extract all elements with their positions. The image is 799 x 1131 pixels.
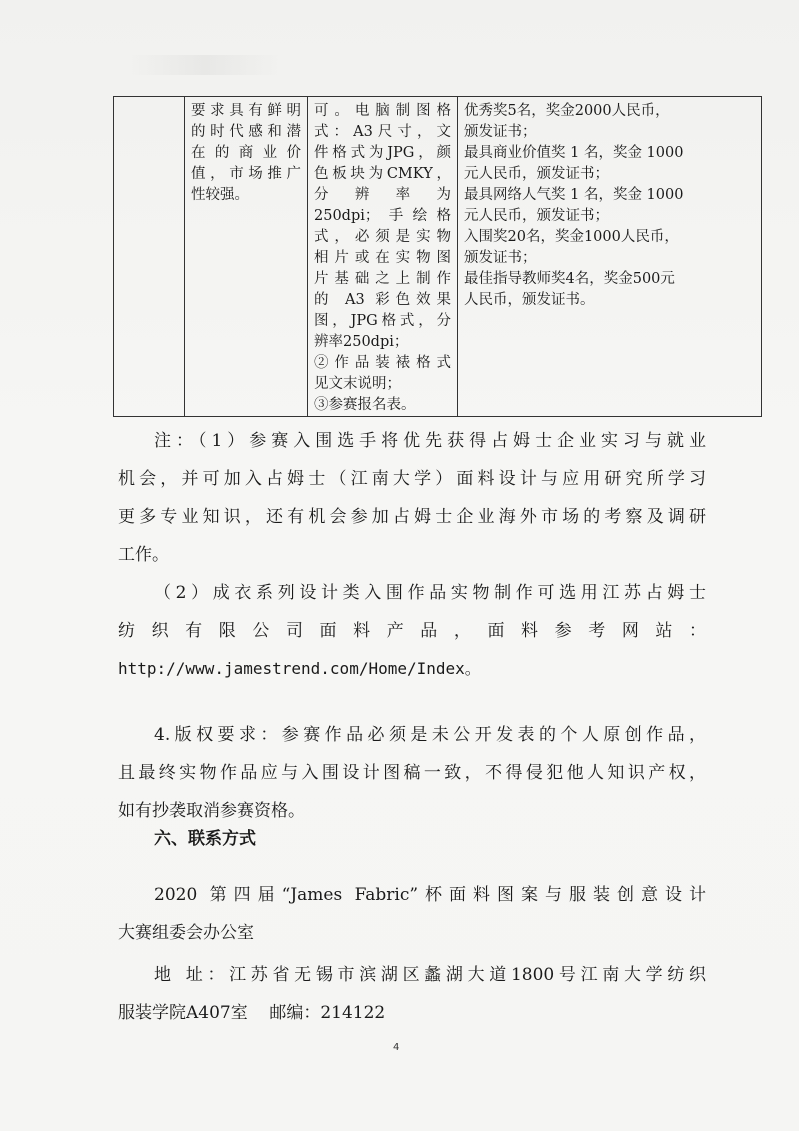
- text-line: 服装学院A407室 邮编：214122: [118, 994, 706, 1032]
- text-line: 地 址：江苏省无锡市滨湖区蠡湖大道1800号江南大学纺织: [118, 956, 706, 994]
- cell-text-line: 颁发证书；: [464, 122, 755, 143]
- text-line: 纺织有限公司面料产品，面料参考网站：: [118, 612, 706, 650]
- document-page: 要求具有鲜明 的时代感和潜 在的商业价 值，市场推广 性较强。 可。电脑制图格 …: [0, 0, 799, 1131]
- table-cell-awards: 优秀奖5名，奖金2000人民币， 颁发证书； 最具商业价值奖 1 名，奖金 10…: [458, 97, 762, 417]
- cell-text-line: 元人民币，颁发证书；: [464, 164, 755, 185]
- cell-text-line: 性较强。: [191, 185, 301, 206]
- table-row: 要求具有鲜明 的时代感和潜 在的商业价 值，市场推广 性较强。 可。电脑制图格 …: [114, 97, 762, 417]
- copyright-paragraph: 4.版权要求：参赛作品必须是未公开发表的个人原创作品， 且最终实物作品应与入围设…: [118, 716, 706, 830]
- cell-text-line: 在的商业价: [191, 143, 301, 164]
- contact-section: 六、联系方式: [118, 820, 706, 858]
- cell-text-line: 相片或在实物图: [314, 248, 451, 269]
- cell-text-line: 图，JPG格式，分: [314, 311, 451, 332]
- table-cell-category: [114, 97, 185, 417]
- cell-text-line: 颁发证书；: [464, 248, 755, 269]
- text-line: 更多专业知识，还有机会参加占姆士企业海外市场的考察及调研: [118, 498, 706, 536]
- text-line: 2020 第四届“James Fabric”杯面料图案与服装创意设计: [118, 876, 706, 914]
- cell-text-line: 250dpi；手绘格: [314, 206, 451, 227]
- scan-artifact: [130, 55, 280, 75]
- address-paragraph: 地 址：江苏省无锡市滨湖区蠡湖大道1800号江南大学纺织 服装学院A407室 邮…: [118, 956, 706, 1032]
- cell-text-line: 的时代感和潜: [191, 122, 301, 143]
- cell-text-line: 最具商业价值奖 1 名，奖金 1000: [464, 143, 755, 164]
- cell-text-line: 值，市场推广: [191, 164, 301, 185]
- text-line: 且最终实物作品应与入围设计图稿一致，不得侵犯他人知识产权，: [118, 754, 706, 792]
- text-line: 大赛组委会办公室: [118, 914, 706, 952]
- table-cell-requirements: 要求具有鲜明 的时代感和潜 在的商业价 值，市场推广 性较强。: [185, 97, 308, 417]
- cell-text-line: 入围奖20名，奖金1000人民币，: [464, 227, 755, 248]
- reference-url: http://www.jamestrend.com/Home/Index。: [118, 650, 706, 688]
- cell-text-line: 件格式为JPG，颜: [314, 143, 451, 164]
- cell-text-line: 可。电脑制图格: [314, 101, 451, 122]
- cell-text-line: 分 辨 率 为: [314, 185, 451, 206]
- note-2-paragraph: （2）成衣系列设计类入围作品实物制作可选用江苏占姆士 纺织有限公司面料产品，面料…: [118, 574, 706, 688]
- cell-text-line: 最佳指导教师奖4名，奖金500元: [464, 269, 755, 290]
- text-line: 机会，并可加入占姆士（江南大学）面料设计与应用研究所学习: [118, 460, 706, 498]
- text-line: 4.版权要求：参赛作品必须是未公开发表的个人原创作品，: [118, 716, 706, 754]
- page-number: 4: [393, 1042, 399, 1053]
- cell-text-line: 要求具有鲜明: [191, 101, 301, 122]
- cell-text-line: 见文末说明；: [314, 374, 451, 395]
- cell-text-line: 色板块为CMKY，: [314, 164, 451, 185]
- cell-text-line: ②作品装裱格式: [314, 353, 451, 374]
- cell-text-line: 元人民币，颁发证书；: [464, 206, 755, 227]
- section-heading: 六、联系方式: [118, 820, 706, 858]
- cell-text-line: 式，必须是实物: [314, 227, 451, 248]
- cell-text-line: 人民币，颁发证书。: [464, 290, 755, 311]
- cell-text-line: ③参赛报名表。: [314, 395, 451, 416]
- award-table: 要求具有鲜明 的时代感和潜 在的商业价 值，市场推广 性较强。 可。电脑制图格 …: [113, 96, 762, 417]
- text-line: 注：（1）参赛入围选手将优先获得占姆士企业实习与就业: [118, 422, 706, 460]
- text-line: 工作。: [118, 536, 706, 574]
- cell-text-line: 片基础之上制作: [314, 269, 451, 290]
- cell-text-line: 最具网络人气奖 1 名，奖金 1000: [464, 185, 755, 206]
- organizer-paragraph: 2020 第四届“James Fabric”杯面料图案与服装创意设计 大赛组委会…: [118, 876, 706, 952]
- text-line: （2）成衣系列设计类入围作品实物制作可选用江苏占姆士: [118, 574, 706, 612]
- table-cell-submission-format: 可。电脑制图格 式：A3尺寸，文 件格式为JPG，颜 色板块为CMKY， 分 辨…: [308, 97, 458, 417]
- cell-text-line: 的 A3 彩色效果: [314, 290, 451, 311]
- cell-text-line: 式：A3尺寸，文: [314, 122, 451, 143]
- note-1-paragraph: 注：（1）参赛入围选手将优先获得占姆士企业实习与就业 机会，并可加入占姆士（江南…: [118, 422, 706, 574]
- cell-text-line: 辨率250dpi；: [314, 332, 451, 353]
- cell-text-line: 优秀奖5名，奖金2000人民币，: [464, 101, 755, 122]
